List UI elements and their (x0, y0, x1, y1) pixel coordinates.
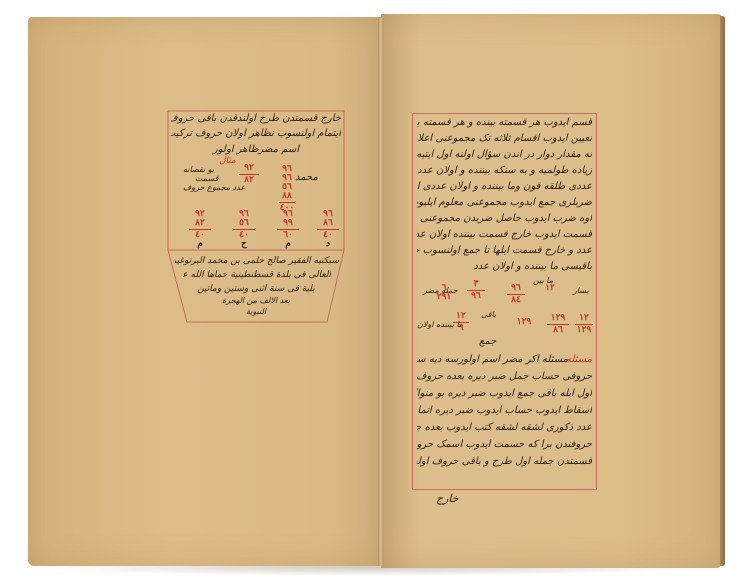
right-line-5: عددی طلقه قون وما بیننده و اولان عددی او… (417, 181, 592, 192)
right-bottom-line-5: عدد ذکوری لشقه لشقه کتب ایدوب بعده جمع ا… (417, 422, 592, 433)
c3-letter: م (277, 240, 299, 249)
calc-value-b: ٣ ٩٦ (467, 280, 485, 301)
right-bottom-line-3: اول ابله باقی جمع ایدوب ضبر دیره بو منوا… (417, 388, 592, 399)
c4-mid: ٨٦ (317, 219, 339, 228)
header-line-3: اسم مضرظاهر اولور (207, 144, 305, 155)
stacked-numbers: ٩٦ ٩٦ ٥٦ ٨٨ ٤٠٠ (279, 165, 295, 213)
column-fraction-3: ٩٦ ٩٩ ٦٠ م (277, 210, 299, 249)
cv4: ٩٦ (507, 284, 525, 293)
calc-value-a: ٦ ٢٩١ (435, 284, 453, 302)
header-line-1: خارج قسمتدن طرح اولندقدن باقی حروف ثانیه… (171, 113, 341, 124)
calc-value-d: ١٢ (543, 284, 557, 293)
cv1: ٣ (467, 280, 485, 289)
calc-frac-2: ١٢٩ (513, 318, 535, 327)
cf4-bot: ١٢٩ (575, 326, 593, 335)
left-text-frame: خارج قسمتدن طرح اولندقدن باقی حروف ثانیه… (167, 110, 345, 323)
column-fraction-4: ٩٦ ٨٦ ٤٠ د (317, 210, 339, 249)
cv5: ٨٤ (507, 296, 525, 305)
name-muhammad: محمد (295, 172, 318, 183)
right-bottom-line-4: اسقاط ایدوب حساب ایدوب ضبر دیره اتمام ای… (417, 405, 592, 416)
right-line-1: قسم ایدوب هر قسمته بینده و هر قسمته بسار… (417, 117, 592, 128)
book-gutter (378, 18, 384, 566)
colophon-line-1: سبکتبه الفقیر صالح حلمی بن محمد البرتوغی… (175, 256, 339, 266)
rubric-mithal: مثال (219, 156, 236, 166)
side-note-3: عدد مجموع حروف (183, 183, 245, 192)
c4-letter: د (317, 240, 339, 249)
page-fore-edge (720, 16, 725, 566)
calc-label-yesar: بسار (573, 286, 589, 295)
cv2: ٢٩١ (435, 293, 453, 302)
cf4-top: ١٢ (575, 314, 593, 323)
right-line-3: نه مقدار دوار در اندن سؤال اولنه اول ایت… (417, 149, 592, 160)
colophon-line-3: بلیة فی سنة اثنی وستین وماتین (197, 284, 315, 294)
colophon-line-2: العالی فی بلدة قسطنطینیة حماها الله عن ک… (183, 270, 331, 280)
cv3: ٩٦ (467, 292, 485, 301)
mithal-fraction: ٩٢ ٨٢ (239, 164, 259, 185)
right-line-2: تعیین ایدوب اقسام ثلاثه تک مجموعنی اعلام… (417, 133, 592, 144)
c3-mid: ٩٩ (277, 219, 299, 228)
colophon-line-4: بعد الالف من الهجرة (212, 296, 300, 305)
side-note-1: بو نقصانه (183, 165, 214, 174)
c2-mid: ٥٦ (233, 219, 255, 228)
c1-letter: م (189, 240, 211, 249)
calc-frac-3: ١٢٩ ٨٦ (547, 314, 569, 335)
right-line-10: باقیسی ما بیننده و اولان عدد دور (473, 261, 592, 272)
cf1-top: ١٢ (453, 312, 469, 321)
c2-letter: ح (233, 240, 255, 249)
calc-frac-1: ١٢ ٦ (453, 312, 469, 333)
right-line-8: قسمت ایدوب خارج قسمت بیننده اولان عدد و … (417, 229, 592, 240)
catchword: خارج (436, 492, 459, 505)
right-bottom-line-6: حروفندن برا که حسمت ایدوب اسمک حروفک عدد… (417, 439, 592, 450)
frac-den: ٨٢ (244, 175, 254, 185)
right-text-frame: قسم ایدوب هر قسمته بینده و هر قسمته بسار… (412, 113, 597, 490)
right-line-4: زیاده طولمیه و به سنکه بیننده و اولان عد… (417, 165, 592, 176)
calc-label-baqi: باقی (481, 310, 496, 319)
cf3-top: ١٢٩ (547, 314, 569, 323)
c1-mid: ٨٢ (189, 219, 211, 228)
cv6: ١٢ (543, 284, 557, 293)
rubric-masala: مسئله (566, 354, 592, 365)
frac-num: ٩٢ (244, 163, 254, 173)
right-bottom-line-2: حروفی حساب جمل ضبر دیره بعده حروف ثانی ا… (417, 371, 592, 382)
cf3-bot: ٨٦ (547, 326, 569, 335)
calc-label-jam: جمع (479, 336, 496, 347)
calc-value-c: ٩٦ ٨٤ (507, 284, 525, 305)
right-line-7: اوه ضرب ایدوب حاصل ضربدن مجموعنی طرح ایل… (417, 213, 592, 224)
cf2-top: ١٢٩ (513, 318, 535, 327)
colophon-line-5: النبویة (227, 307, 285, 316)
column-fraction-1: ٩٢ ٨٢ ٤٠ م (189, 210, 211, 249)
right-line-6: ضربلری جمع ایدوب مجموعنی معلوم ایلیوب سن… (417, 197, 592, 208)
column-fraction-2: ٩٦ ٥٦ ٤٠ ح (233, 210, 255, 249)
side-note-2: قسمت (195, 174, 218, 183)
header-line-2: ایتمام اولنسوب نظاهر اولان حروف ترکیب او… (171, 128, 341, 139)
stack-4: ٨٨ (279, 192, 295, 201)
calc-frac-4: ١٢ ١٢٩ (575, 314, 593, 335)
right-bottom-line-1: مسئله اکر مضر اسم اولورسه دیه سنکه حروف … (417, 354, 568, 365)
cf1-bot: ٦ (453, 324, 469, 333)
right-bottom-line-7: قسمتدن جمله اول طرح و باقی حروف اولیدر ب… (417, 456, 592, 467)
right-line-9: عدد و خارج قسمت ابلها تا جمع اولنسوب جمل… (417, 245, 592, 256)
